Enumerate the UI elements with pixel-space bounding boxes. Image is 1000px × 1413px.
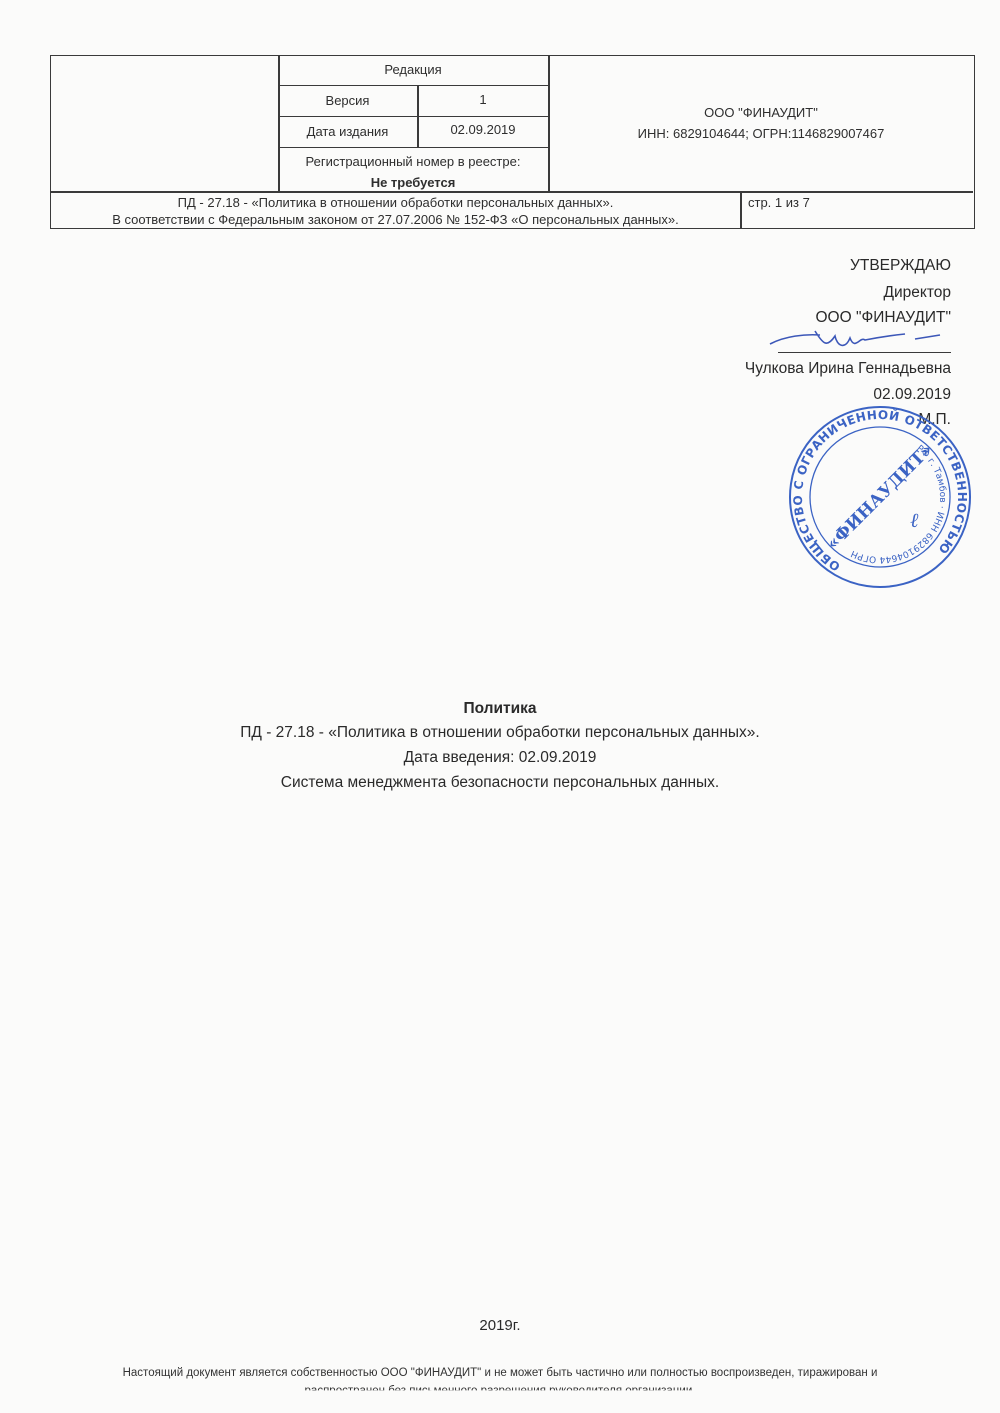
system-name: Система менеджмента безопасности персона… bbox=[0, 774, 1000, 792]
version-value: 1 bbox=[418, 92, 548, 107]
version-label: Версия bbox=[278, 93, 417, 108]
company-stamp-icon: ОБЩЕСТВО С ОГРАНИЧЕННОЙ ОТВЕТСТВЕННОСТЬЮ… bbox=[785, 402, 975, 592]
company-name: ООО "ФИНАУДИТ" bbox=[549, 105, 973, 120]
signatory-name: Чулкова Ирина Геннадьевна bbox=[745, 360, 951, 378]
registry-label: Регистрационный номер в реестре: bbox=[278, 154, 548, 169]
footer-notice-line2: распространен без письменного разрешения… bbox=[0, 1385, 1000, 1397]
approver-position: Директор bbox=[883, 284, 951, 302]
signature-icon bbox=[765, 326, 955, 354]
main-heading: Политика bbox=[0, 700, 1000, 718]
footer-notice-line1: Настоящий документ является собственност… bbox=[0, 1367, 1000, 1379]
doc-title-line: ПД - 27.18 - «Политика в отношении обраб… bbox=[51, 195, 740, 210]
company-ids: ИНН: 6829104644; ОГРН:1146829007467 bbox=[549, 126, 973, 141]
page-info: стр. 1 из 7 bbox=[748, 195, 810, 210]
divider bbox=[51, 191, 973, 193]
divider bbox=[278, 116, 549, 117]
approve-word: УТВЕРЖДАЮ bbox=[850, 257, 951, 275]
issue-date-value: 02.09.2019 bbox=[418, 122, 548, 137]
divider bbox=[278, 147, 549, 148]
issue-date-label: Дата издания bbox=[278, 124, 417, 139]
effective-date: Дата введения: 02.09.2019 bbox=[0, 749, 1000, 767]
signature-line bbox=[778, 352, 951, 353]
header-table: Редакция Версия 1 Дата издания 02.09.201… bbox=[50, 55, 975, 229]
svg-text:«ФИНАУДИТ»: «ФИНАУДИТ» bbox=[823, 440, 937, 554]
svg-text:ℓ: ℓ bbox=[910, 508, 919, 532]
footer-year: 2019г. bbox=[0, 1317, 1000, 1334]
edition-label: Редакция bbox=[278, 62, 548, 77]
registry-value: Не требуется bbox=[278, 175, 548, 190]
approver-company: ООО "ФИНАУДИТ" bbox=[815, 309, 951, 327]
divider bbox=[548, 56, 550, 191]
divider bbox=[278, 85, 549, 86]
divider bbox=[740, 191, 742, 229]
law-reference: В соответствии с Федеральным законом от … bbox=[51, 212, 740, 227]
main-doc-title: ПД - 27.18 - «Политика в отношении обраб… bbox=[0, 724, 1000, 742]
